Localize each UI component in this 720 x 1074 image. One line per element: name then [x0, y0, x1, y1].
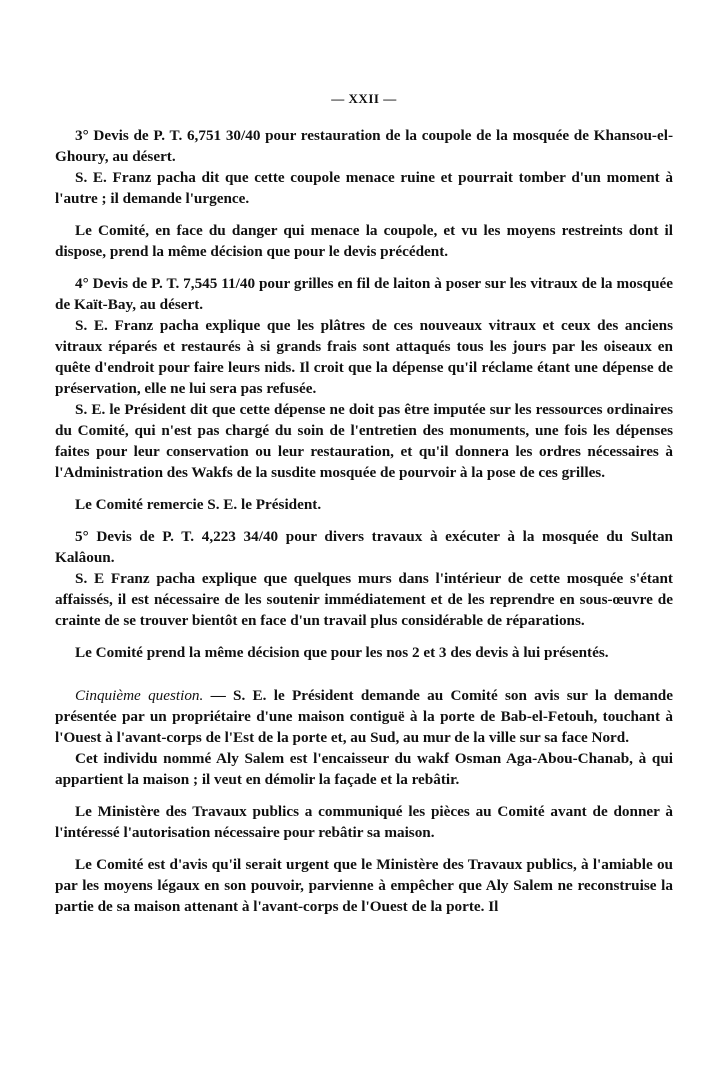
paragraph-comite-avis: Le Comité est d'avis qu'il serait urgent…	[55, 854, 673, 917]
spacer	[55, 663, 673, 685]
document-page: — XXII — 3° Devis de P. T. 6,751 30/40 p…	[55, 88, 673, 917]
paragraph-franz-vitraux: S. E. Franz pacha explique que les plâtr…	[55, 315, 673, 399]
spacer	[55, 515, 673, 526]
paragraph-comite-remercie: Le Comité remercie S. E. le Président.	[55, 494, 673, 515]
page-number: — XXII —	[55, 88, 673, 109]
paragraph-devis-3: 3° Devis de P. T. 6,751 30/40 pour resta…	[55, 125, 673, 167]
paragraph-franz-murs: S. E Franz pacha explique que quelques m…	[55, 568, 673, 631]
spacer	[55, 631, 673, 642]
spacer	[55, 843, 673, 854]
paragraph-cinquieme-question: Cinquième question. — S. E. le Président…	[55, 685, 673, 748]
paragraph-devis-5: 5° Devis de P. T. 4,223 34/40 pour diver…	[55, 526, 673, 568]
paragraph-comite-decision-2: Le Comité prend la même décision que pou…	[55, 642, 673, 663]
spacer	[55, 790, 673, 801]
paragraph-comite-decision-1: Le Comité, en face du danger qui menace …	[55, 220, 673, 262]
spacer	[55, 483, 673, 494]
section-heading: Cinquième question.	[75, 687, 203, 704]
paragraph-president-depense: S. E. le Président dit que cette dépense…	[55, 399, 673, 483]
paragraph-ministere: Le Ministère des Travaux publics a commu…	[55, 801, 673, 843]
spacer	[55, 209, 673, 220]
spacer	[55, 262, 673, 273]
paragraph-devis-4: 4° Devis de P. T. 7,545 11/40 pour grill…	[55, 273, 673, 315]
paragraph-franz-urgence: S. E. Franz pacha dit que cette coupole …	[55, 167, 673, 209]
paragraph-aly-salem: Cet individu nommé Aly Salem est l'encai…	[55, 748, 673, 790]
